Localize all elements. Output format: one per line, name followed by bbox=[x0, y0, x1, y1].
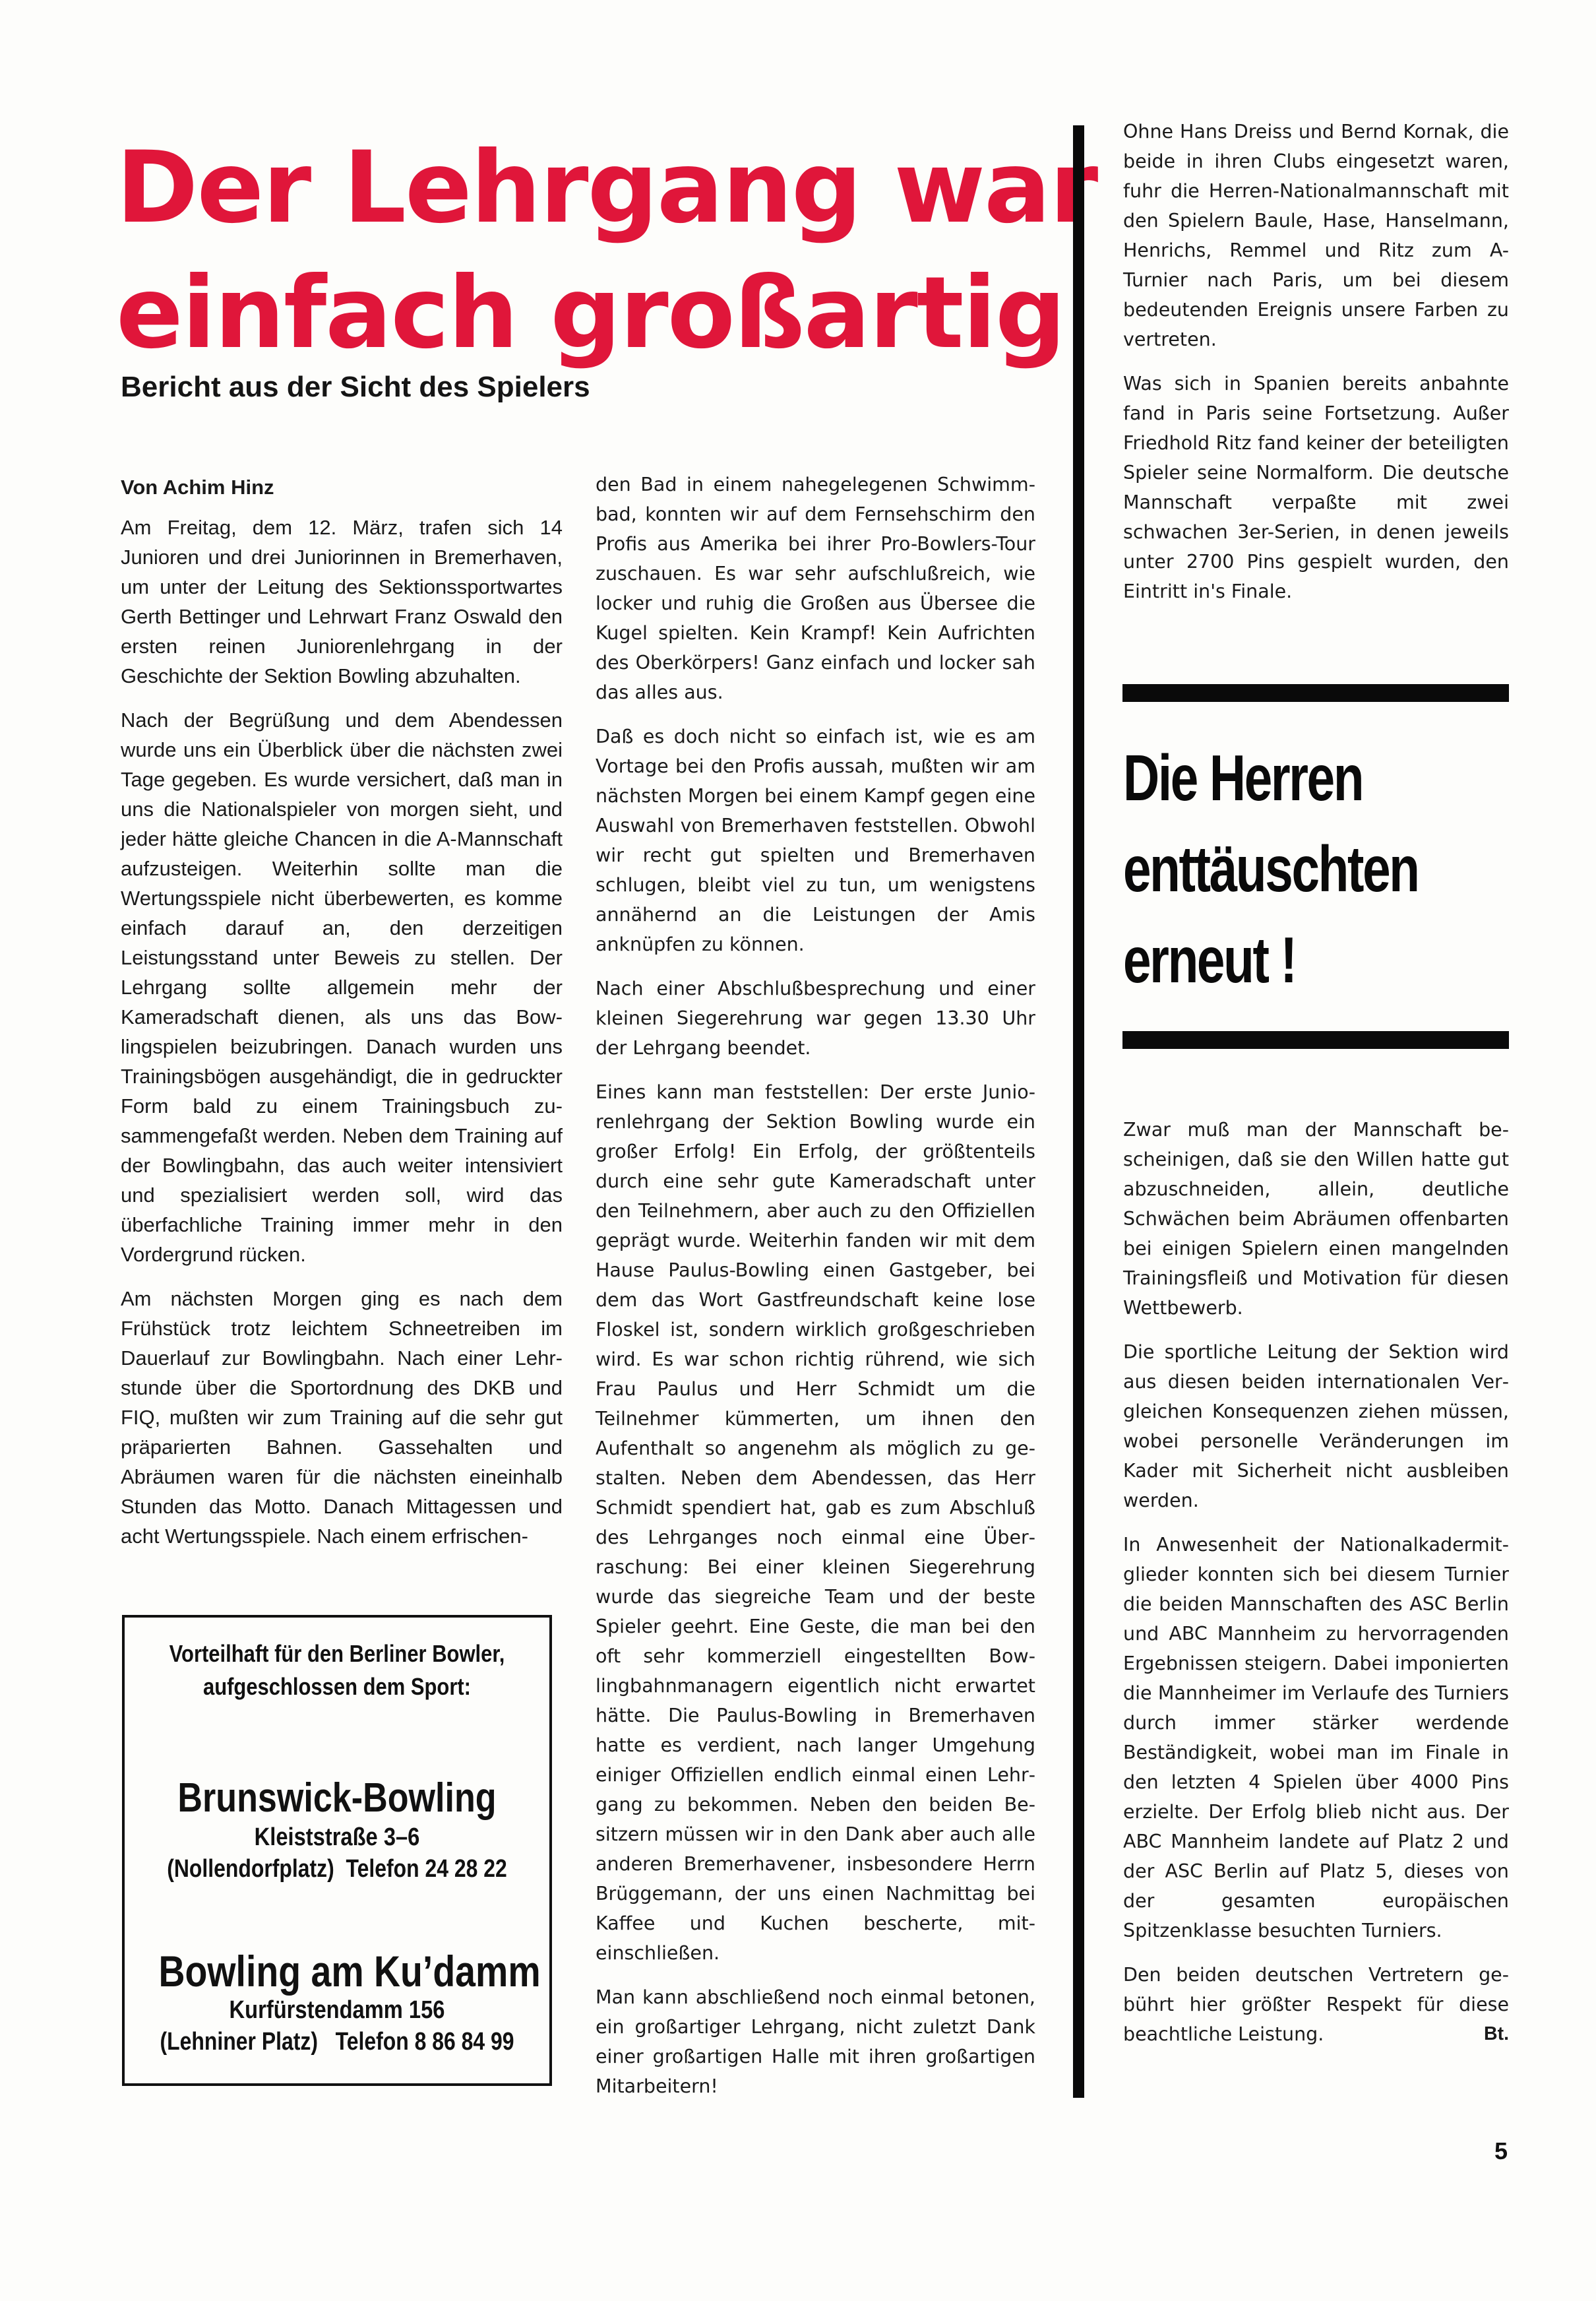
headline-line: Der Lehrgang war bbox=[116, 125, 1026, 251]
sidebar-rule-bottom bbox=[1122, 1031, 1509, 1049]
headline-line: einfach großartig bbox=[116, 251, 1026, 376]
article-column-middle: den Bad in einem nahegelegenen Schwimm­b… bbox=[596, 470, 1035, 2116]
paragraph: Am Freitag, dem 12. März, trafen sich 14… bbox=[121, 513, 563, 691]
sidebar-vertical-rule bbox=[1073, 125, 1084, 2098]
paragraph: Nach einer Abschlußbesprechung und einer… bbox=[596, 974, 1035, 1063]
paragraph: Daß es doch nicht so einfach ist, wie es… bbox=[596, 722, 1035, 959]
paragraph-with-signature: Den beiden deutschen Vertretern ge­bührt… bbox=[1123, 1960, 1509, 2049]
business-name: Bowling am Ku’damm bbox=[159, 1947, 516, 1995]
sidebar-headline: Die Herren enttäuschten erneut ! bbox=[1123, 732, 1427, 1005]
sidebar-headline-line: enttäuschten bbox=[1123, 823, 1427, 914]
magazine-page: Der Lehrgang war einfach großartig Beric… bbox=[0, 0, 1596, 2301]
paragraph: Nach der Begrüßung und dem Abendessen wu… bbox=[121, 705, 563, 1269]
paragraph: Eines kann man feststellen: Der erste Ju… bbox=[596, 1077, 1035, 1968]
paragraph: Am nächsten Morgen ging es nach dem Früh… bbox=[121, 1284, 563, 1551]
paragraph: Den beiden deutschen Vertretern ge­bührt… bbox=[1123, 1964, 1509, 2045]
business-location-phone: (Lehniner Platz) Telefon 8 86 84 99 bbox=[159, 2025, 516, 2058]
ad-business-brunswick: Brunswick-Bowling Kleiststraße 3–6 (Noll… bbox=[125, 1775, 549, 1885]
business-phone: Telefon 24 28 22 bbox=[346, 1855, 507, 1883]
sidebar-column-top: Ohne Hans Dreiss und Bernd Kornak, die b… bbox=[1123, 117, 1509, 621]
sidebar-headline-line: Die Herren bbox=[1123, 732, 1427, 823]
paragraph: Man kann abschließend noch einmal betone… bbox=[596, 1982, 1035, 2101]
sidebar-headline-line: erneut ! bbox=[1123, 914, 1427, 1005]
ad-intro-line: Vorteilhaft für den Berliner Bowler, bbox=[154, 1637, 520, 1670]
sidebar-column-bottom: Zwar muß man der Mannschaft be­scheinige… bbox=[1123, 1115, 1509, 2064]
article-column-left: Von Achim Hinz Am Freitag, dem 12. März,… bbox=[121, 472, 563, 1565]
paragraph: Zwar muß man der Mannschaft be­scheinige… bbox=[1123, 1115, 1509, 1323]
ad-intro: Vorteilhaft für den Berliner Bowler, auf… bbox=[154, 1637, 520, 1703]
business-phone: Telefon 8 86 84 99 bbox=[336, 2028, 514, 2056]
paragraph: den Bad in einem nahegelegenen Schwimm­b… bbox=[596, 470, 1035, 707]
business-name: Brunswick-Bowling bbox=[159, 1775, 516, 1822]
business-location-phone: (Nollendorfplatz) Telefon 24 28 22 bbox=[159, 1852, 516, 1885]
author-signature: Bt. bbox=[1484, 2019, 1509, 2049]
ad-intro-line: aufgeschlossen dem Sport: bbox=[154, 1670, 520, 1703]
byline: Von Achim Hinz bbox=[121, 472, 563, 502]
page-number: 5 bbox=[1494, 2137, 1508, 2165]
article-subhead: Bericht aus der Sicht des Spielers bbox=[121, 369, 590, 405]
ad-business-kudamm: Bowling am Ku’damm Kurfürstendamm 156 (L… bbox=[125, 1947, 549, 2058]
paragraph: Ohne Hans Dreiss und Bernd Kornak, die b… bbox=[1123, 117, 1509, 354]
business-location: (Nollendorfplatz) bbox=[167, 1855, 334, 1883]
sidebar-rule-top bbox=[1122, 684, 1509, 702]
business-street: Kurfürstendamm 156 bbox=[154, 1995, 520, 2025]
business-location: (Lehniner Platz) bbox=[160, 2028, 318, 2056]
business-street: Kleiststraße 3–6 bbox=[154, 1822, 520, 1852]
paragraph: In Anwesenheit der Nationalkadermit­glie… bbox=[1123, 1530, 1509, 1945]
advertisement-box: Vorteilhaft für den Berliner Bowler, auf… bbox=[122, 1615, 552, 2086]
article-headline: Der Lehrgang war einfach großartig bbox=[116, 125, 1026, 376]
paragraph: Die sportliche Leitung der Sektion wird … bbox=[1123, 1337, 1509, 1515]
paragraph: Was sich in Spanien bereits anbahnte fan… bbox=[1123, 369, 1509, 606]
